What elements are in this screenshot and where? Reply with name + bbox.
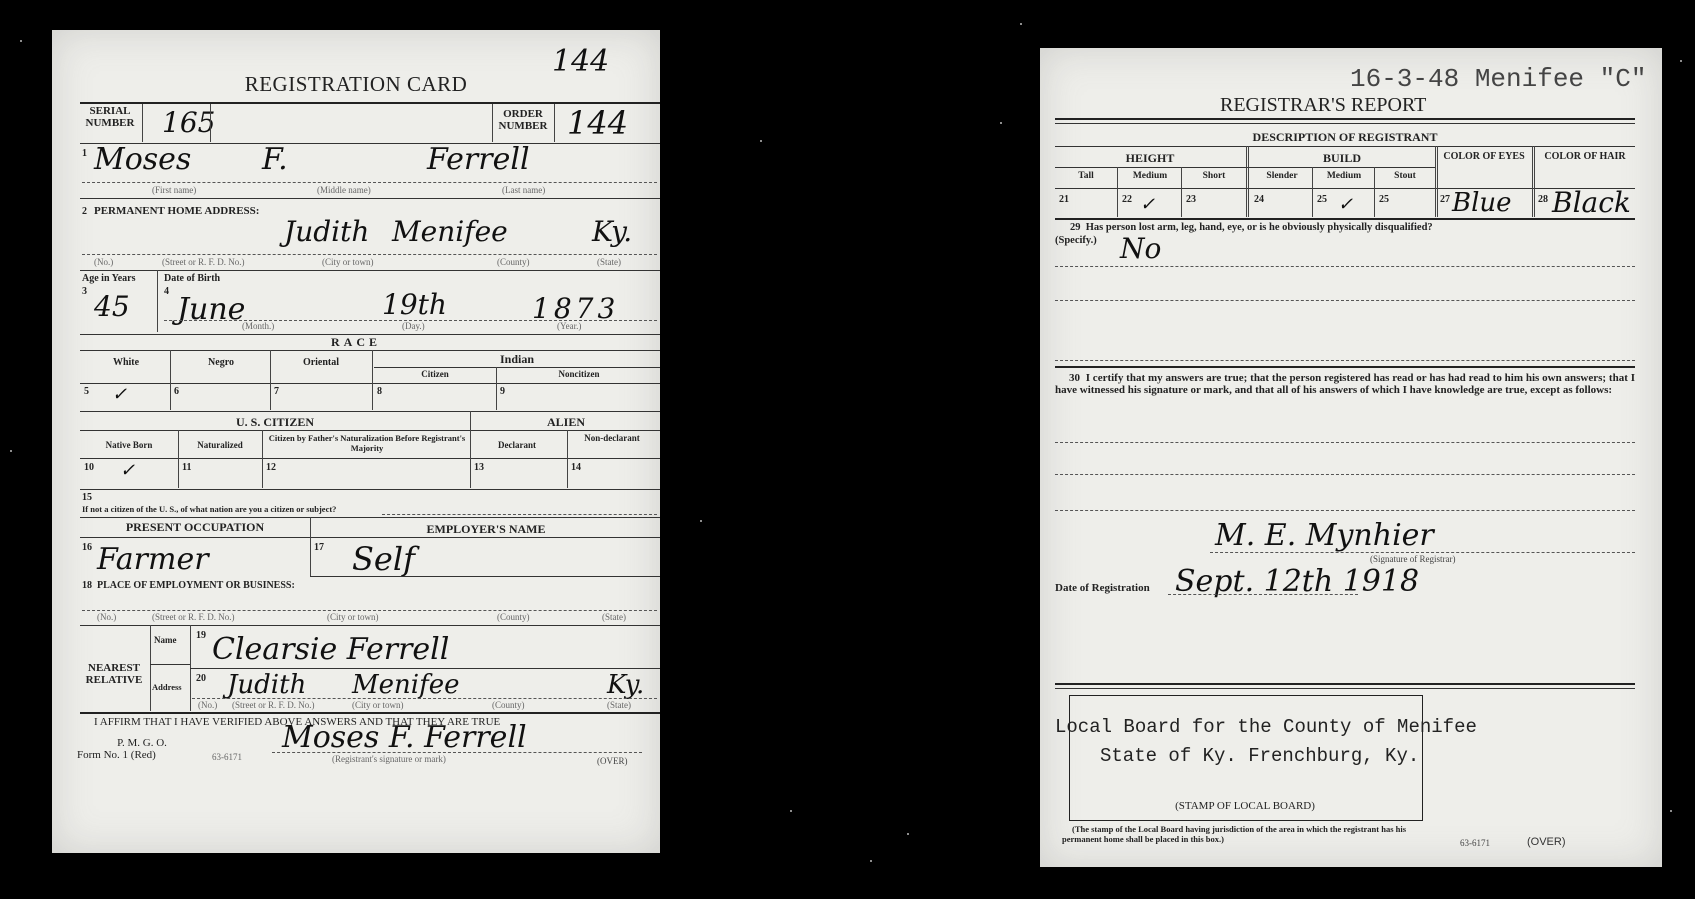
field-number: 30 — [1069, 372, 1080, 384]
divider — [82, 610, 657, 611]
divider — [157, 270, 158, 332]
field-number: 15 — [82, 492, 92, 503]
divider — [567, 430, 568, 488]
relative-name-value: Clearsie Ferrell — [212, 632, 449, 667]
field-number: 1 — [82, 148, 87, 159]
stamp-line-1: Local Board for the County of Menifee — [1055, 716, 1477, 738]
home-city: Judith — [284, 215, 369, 248]
build-medium-label: Medium — [1314, 171, 1374, 181]
field-number: 14 — [571, 462, 581, 473]
print-code: 63-6171 — [212, 752, 242, 762]
field-number: 16 — [82, 542, 92, 553]
field-number: 7 — [274, 386, 279, 397]
race-white-mark: ✓ — [112, 384, 127, 405]
divider — [1055, 167, 1435, 168]
field-number: 5 — [84, 386, 89, 397]
scan-speck — [1680, 60, 1682, 62]
occupation-label: PRESENT OCCUPATION — [80, 520, 310, 535]
scan-speck — [700, 520, 702, 522]
divider — [1055, 266, 1635, 267]
hair-title: COLOR OF HAIR — [1535, 151, 1635, 162]
field-number: 13 — [474, 462, 484, 473]
divider — [1055, 123, 1635, 124]
race-white-label: White — [82, 357, 170, 368]
race-negro-label: Negro — [172, 357, 270, 368]
sub-label: (City or town) — [322, 257, 374, 267]
middle-name-label: (Middle name) — [317, 185, 371, 195]
divider — [1055, 474, 1635, 475]
place-of-employment-label: PLACE OF EMPLOYMENT OR BUSINESS: — [97, 580, 295, 591]
registrars-report-card: 16-3-48 Menifee "C" REGISTRAR'S REPORT D… — [1040, 48, 1662, 867]
scan-speck — [20, 40, 22, 42]
divider — [262, 430, 263, 488]
eye-color-value: Blue — [1452, 188, 1512, 218]
registrar-signature: M. E. Mynhier — [1215, 518, 1434, 553]
order-number-value: 144 — [567, 104, 628, 142]
relative-address-city: Judith — [227, 670, 306, 700]
divider — [1168, 594, 1358, 595]
report-title: REGISTRAR'S REPORT — [1220, 94, 1426, 117]
relative-address-state: Ky. — [607, 670, 644, 700]
divider — [1055, 218, 1635, 220]
race-indian-label: Indian — [374, 352, 660, 367]
divider — [150, 625, 151, 711]
scan-speck — [907, 833, 909, 835]
serial-number-label: SERIAL NUMBER — [82, 105, 138, 129]
divider — [170, 350, 171, 410]
month-label: (Month.) — [242, 321, 274, 331]
field-number: 3 — [82, 286, 87, 297]
divider — [310, 576, 660, 577]
divider — [1532, 146, 1535, 217]
divider — [178, 430, 179, 488]
divider — [1055, 366, 1635, 368]
field-number: 29 — [1070, 222, 1081, 233]
field-number: 19 — [196, 630, 206, 641]
sub-label: (City or town) — [327, 612, 379, 622]
day-label: (Day.) — [402, 321, 425, 331]
divider — [1210, 552, 1635, 553]
divider — [1055, 688, 1635, 689]
home-state: Ky. — [592, 215, 632, 248]
description-title: DESCRIPTION OF REGISTRANT — [1055, 130, 1635, 145]
divider — [80, 712, 660, 714]
field-number: 12 — [266, 462, 276, 473]
divider — [80, 517, 660, 518]
divider — [372, 350, 373, 410]
native-born-label: Native Born — [80, 440, 178, 450]
divider — [310, 517, 311, 577]
non-declarant-label: Non-declarant — [572, 433, 652, 444]
race-title: RACE — [52, 335, 660, 350]
citizen-by-father-label: Citizen by Father's Naturalization Befor… — [264, 433, 470, 453]
divider — [1055, 188, 1635, 189]
specify-label: (Specify.) — [1055, 235, 1097, 246]
over-label: (OVER) — [1527, 836, 1566, 848]
divider — [470, 411, 471, 488]
divider — [80, 411, 660, 412]
field-number: 20 — [196, 673, 206, 684]
file-stamp: 16-3-48 Menifee "C" — [1350, 64, 1646, 94]
sub-label: (Street or R. F. D. No.) — [152, 612, 235, 622]
divider — [1055, 360, 1635, 361]
scan-speck — [790, 810, 792, 812]
age-value: 45 — [94, 290, 130, 323]
middle-name: F. — [262, 142, 288, 177]
year-label: (Year.) — [557, 321, 581, 331]
field-number: 24 — [1254, 194, 1264, 205]
sub-label: (No.) — [198, 700, 217, 710]
scan-speck — [1000, 122, 1002, 124]
field-number: 2 — [82, 206, 87, 217]
scan-speck — [760, 140, 762, 142]
divider — [270, 350, 271, 410]
registration-date-label: Date of Registration — [1055, 582, 1150, 594]
divider — [192, 698, 657, 699]
field-number: 22 — [1122, 194, 1132, 205]
divider — [1117, 167, 1118, 217]
sub-label: (City or town) — [352, 700, 404, 710]
form-agency: P. M. G. O. — [92, 737, 192, 749]
divider — [80, 489, 660, 490]
sub-label: (State) — [607, 700, 631, 710]
divider — [142, 104, 143, 142]
divider — [80, 430, 660, 431]
over-label: (OVER) — [597, 756, 628, 766]
build-medium-mark: ✓ — [1338, 194, 1353, 215]
height-medium-mark: ✓ — [1140, 194, 1155, 215]
us-citizen-title: U. S. CITIZEN — [80, 415, 470, 430]
form-number: Form No. 1 (Red) — [77, 749, 156, 761]
field-number: 6 — [174, 386, 179, 397]
divider — [496, 367, 497, 410]
divider — [1312, 167, 1313, 217]
q30-text: 30 I certify that my answers are true; t… — [1055, 372, 1635, 396]
native-born-mark: ✓ — [120, 460, 135, 481]
q29-answer: No — [1120, 232, 1161, 265]
build-slender-label: Slender — [1252, 171, 1312, 181]
divider — [150, 664, 190, 665]
stamp-label: (STAMP OF LOCAL BOARD) — [1069, 800, 1421, 812]
home-county: Menifee — [392, 215, 508, 248]
divider — [80, 625, 660, 626]
relative-address-county: Menifee — [352, 670, 459, 700]
birth-day: 19th — [382, 288, 447, 321]
field-number: 17 — [314, 542, 324, 553]
scan-speck — [10, 450, 12, 452]
divider — [374, 367, 660, 368]
registrar-signature-label: (Signature of Registrar) — [1370, 554, 1455, 564]
relative-name-label: Name — [154, 635, 177, 645]
age-label: Age in Years — [82, 273, 136, 284]
field-number: 28 — [1538, 194, 1548, 205]
field-number: 4 — [164, 286, 169, 297]
divider — [210, 104, 211, 142]
order-number-label: ORDER NUMBER — [495, 108, 551, 132]
q30-certification: I certify that my answers are true; that… — [1055, 372, 1635, 396]
divider — [1055, 300, 1635, 301]
sub-label: (No.) — [94, 257, 113, 267]
race-indian-citizen-label: Citizen — [374, 369, 496, 379]
serial-number-value: 165 — [162, 106, 215, 139]
sub-label: (County) — [497, 257, 530, 267]
print-code: 63-6171 — [1460, 838, 1490, 848]
divider — [1055, 442, 1635, 443]
nearest-relative-label: NEAREST RELATIVE — [80, 662, 148, 686]
race-indian-noncitizen-label: Noncitizen — [498, 369, 660, 379]
field-number: 25 — [1317, 194, 1327, 205]
divider — [80, 383, 660, 384]
stamp-line-2: State of Ky. Frenchburg, Ky. — [1100, 745, 1419, 767]
race-oriental-label: Oriental — [272, 357, 370, 368]
sub-label: (State) — [602, 612, 626, 622]
alien-title: ALIEN — [472, 415, 660, 430]
naturalized-label: Naturalized — [180, 440, 260, 450]
build-title: BUILD — [1252, 151, 1432, 166]
field-number: 27 — [1440, 194, 1450, 205]
divider — [80, 270, 660, 271]
last-name: Ferrell — [427, 142, 530, 177]
q15-text: If not a citizen of the U. S., of what n… — [82, 504, 336, 514]
sub-label: (Street or R. F. D. No.) — [232, 700, 315, 710]
field-number: 18 — [82, 580, 92, 591]
sub-label: (State) — [597, 257, 621, 267]
occupation-value: Farmer — [97, 542, 209, 577]
divider — [1055, 510, 1635, 511]
field-number: 21 — [1059, 194, 1069, 205]
divider — [80, 458, 660, 459]
divider — [82, 254, 657, 255]
registration-card: 144 REGISTRATION CARD SERIAL NUMBER 165 … — [52, 30, 660, 853]
scan-speck — [1020, 23, 1022, 25]
height-short-label: Short — [1183, 171, 1245, 181]
divider — [80, 198, 660, 199]
divider — [1055, 146, 1635, 147]
birth-month: June — [177, 292, 245, 327]
scan-speck — [1670, 810, 1672, 812]
declarant-label: Declarant — [472, 440, 562, 450]
divider — [80, 350, 660, 351]
scan-speck — [870, 860, 872, 862]
card-title: REGISTRATION CARD — [52, 72, 660, 97]
divider — [1435, 146, 1438, 217]
divider — [80, 537, 660, 538]
last-name-label: (Last name) — [502, 185, 545, 195]
sub-label: (County) — [497, 612, 530, 622]
sub-label: (County) — [492, 700, 525, 710]
divider — [492, 104, 493, 142]
registrant-signature: Moses F. Ferrell — [282, 720, 527, 755]
stamp-instructions: (The stamp of the Local Board having jur… — [1062, 824, 1412, 844]
divider — [1181, 167, 1182, 217]
field-number: 10 — [84, 462, 94, 473]
height-medium-label: Medium — [1119, 171, 1181, 181]
field-number: 9 — [500, 386, 505, 397]
build-stout-label: Stout — [1376, 171, 1434, 181]
signature-label: (Registrant's signature or mark) — [332, 754, 446, 764]
divider — [1374, 167, 1375, 217]
divider — [1055, 683, 1635, 685]
relative-address-label: Address — [152, 682, 182, 692]
home-address-label: PERMANENT HOME ADDRESS: — [94, 205, 259, 217]
hair-color-value: Black — [1552, 186, 1631, 219]
field-number: 11 — [182, 462, 191, 473]
sub-label: (No.) — [97, 612, 116, 622]
height-title: HEIGHT — [1055, 151, 1245, 166]
employer-label: EMPLOYER'S NAME — [312, 522, 660, 537]
field-number: 25 — [1379, 194, 1389, 205]
height-tall-label: Tall — [1055, 171, 1117, 181]
divider — [1055, 118, 1635, 120]
sub-label: (Street or R. F. D. No.) — [162, 257, 245, 267]
divider — [1246, 146, 1249, 217]
divider — [190, 668, 660, 669]
eyes-title: COLOR OF EYES — [1438, 151, 1530, 162]
divider — [272, 752, 642, 753]
divider — [82, 182, 657, 183]
field-number: 23 — [1186, 194, 1196, 205]
divider — [382, 514, 657, 515]
birth-date-label: Date of Birth — [164, 273, 220, 284]
divider — [554, 104, 555, 142]
first-name-label: (First name) — [152, 185, 196, 195]
employer-value: Self — [352, 540, 415, 578]
first-name: Moses — [94, 142, 191, 177]
field-number: 8 — [377, 386, 382, 397]
